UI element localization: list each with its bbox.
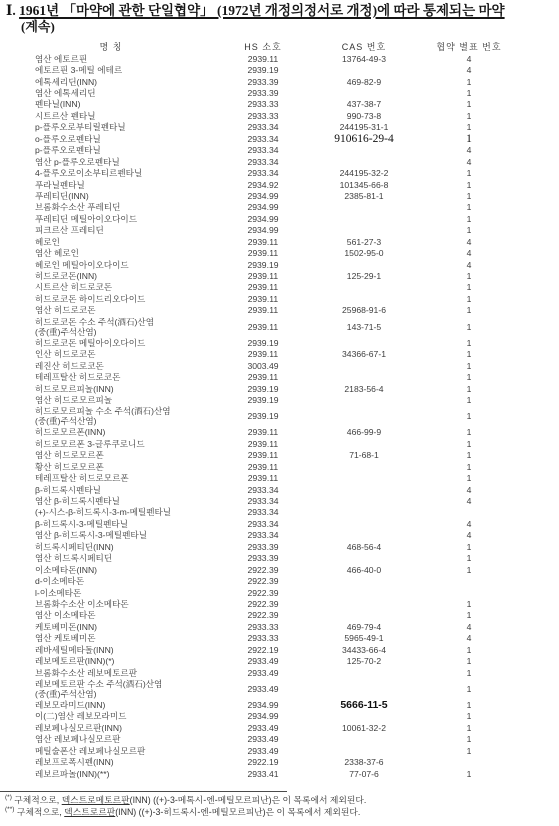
schedule-number: 1 bbox=[424, 746, 514, 756]
table-row: 피크르산 프레티딘 2934.99 1 bbox=[0, 225, 559, 236]
cas-number: 1502-95-0 bbox=[304, 248, 424, 258]
drug-name: 히드로모르피놀 수소 주석(酒石)산염 (중(重)주석산염) bbox=[0, 406, 222, 426]
hs-code: 2933.39 bbox=[222, 553, 304, 563]
schedule-number: 1 bbox=[424, 305, 514, 315]
table-row: 펜타닐(INN) 2933.33 437-38-7 1 bbox=[0, 99, 559, 110]
table-row: 테레프탈산 히드로모르폰 2939.11 1 bbox=[0, 472, 559, 483]
drug-name: p-플루오로펜타닐 bbox=[0, 145, 222, 155]
hs-code: 2939.11 bbox=[222, 248, 304, 258]
table-row: 히드로모르피놀 수소 주석(酒石)산염 (중(重)주석산염) 2939.19 1 bbox=[0, 406, 559, 427]
hs-code: 2939.11 bbox=[222, 282, 304, 292]
document-page: Ⅰ. 1961년 「마약에 관한 단일협약」 (1972년 개정의정서로 개정)… bbox=[0, 0, 559, 826]
hs-code: 2939.11 bbox=[222, 305, 304, 315]
table-header-row: 명 칭 HS 소호 CAS 번호 협약 별표 번호 bbox=[0, 39, 559, 53]
table-row: 레보프로폭시펜(INN) 2922.19 2338-37-6 bbox=[0, 757, 559, 768]
table-row: 염산 에톡세리딘 2933.39 1 bbox=[0, 87, 559, 98]
hs-code: 2934.99 bbox=[222, 225, 304, 235]
cas-number: 2183-56-4 bbox=[304, 384, 424, 394]
col-header-name: 명 칭 bbox=[0, 40, 222, 53]
hs-code: 2933.49 bbox=[222, 668, 304, 678]
schedule-number: 4 bbox=[424, 496, 514, 506]
footnote-1-pre: 구체적으로, bbox=[12, 795, 62, 805]
footnote-1-post: (INN) ((+)-3-메톡시-엔-메틸모르피난)은 이 목록에서 제외된다. bbox=[130, 795, 367, 805]
schedule-number: 1 bbox=[424, 769, 514, 779]
drug-name: l-이소메타돈 bbox=[0, 588, 222, 598]
table-row: 레보페나실모르판(INN) 2933.49 10061-32-2 1 bbox=[0, 722, 559, 733]
cas-number: 25968-91-6 bbox=[304, 305, 424, 315]
hs-code: 2933.34 bbox=[222, 530, 304, 540]
drug-name: 염산 이소메타돈 bbox=[0, 610, 222, 620]
hs-code: 2933.41 bbox=[222, 769, 304, 779]
hs-code: 2933.39 bbox=[222, 77, 304, 87]
drug-name: 히드로코돈 수소 주석(酒石)산염 (중(重)주석산염) bbox=[0, 317, 222, 337]
footnote-2-post: (INN) ((+)-3-히드록시-엔-메틸모르피난)은 이 목록에서 제외된다… bbox=[115, 807, 360, 817]
schedule-number: 4 bbox=[424, 260, 514, 270]
hs-code: 2933.33 bbox=[222, 99, 304, 109]
drug-name: 염산 히드로모르피놀 bbox=[0, 395, 222, 405]
table-row: 염산 β-히드록시-3-메틸펜타닐 2933.34 4 bbox=[0, 530, 559, 541]
footnote-2-drug: 덱스트로르판 bbox=[64, 807, 115, 817]
drug-name: 염산 레보페나실모르판 bbox=[0, 734, 222, 744]
drug-name: 테레프탈산 히드로모르폰 bbox=[0, 473, 222, 483]
schedule-number: 4 bbox=[424, 145, 514, 155]
table-row: 에토르핀 3-메틸 에테르 2939.19 4 bbox=[0, 64, 559, 75]
table-row: 레보모라미드(INN) 2934.99 5666-11-5 1 bbox=[0, 699, 559, 710]
schedule-number: 4 bbox=[424, 633, 514, 643]
schedule-number: 1 bbox=[424, 77, 514, 87]
hs-code: 2939.19 bbox=[222, 65, 304, 75]
table-row: 히드로코돈(INN) 2939.11 125-29-1 1 bbox=[0, 270, 559, 281]
narcotics-table: 명 칭 HS 소호 CAS 번호 협약 별표 번호 염산 에토르핀 2939.1… bbox=[0, 39, 559, 779]
drug-name: 히드로모르폰 3-글루쿠로니드 bbox=[0, 439, 222, 449]
table-row: 염산 β-히드록시펜타닐 2933.34 4 bbox=[0, 495, 559, 506]
hs-code: 2939.11 bbox=[222, 322, 304, 332]
footnote-area: (*) 구체적으로, 덱스트로메토르판(INN) ((+)-3-메톡시-엔-메틸… bbox=[0, 791, 559, 818]
cas-number: 2338-37-6 bbox=[304, 757, 424, 767]
hs-code: 2939.19 bbox=[222, 384, 304, 394]
footnote-2: (**) 구체적으로, 덱스트로르판(INN) ((+)-3-히드록시-엔-메틸… bbox=[0, 807, 559, 819]
drug-name: 에토르핀 3-메틸 에테르 bbox=[0, 65, 222, 75]
drug-name: 브롬화수소산 이소메타돈 bbox=[0, 599, 222, 609]
table-row: 히드로코돈 수소 주석(酒石)산염 (중(重)주석산염) 2939.11 143… bbox=[0, 316, 559, 337]
hs-code: 2922.39 bbox=[222, 610, 304, 620]
table-row: 히드로모르폰(INN) 2939.11 466-99-9 1 bbox=[0, 427, 559, 438]
table-row: 브롬화수소산 이소메타돈 2922.39 1 bbox=[0, 598, 559, 609]
hs-code: 2934.99 bbox=[222, 700, 304, 710]
schedule-number: 1 bbox=[424, 168, 514, 178]
drug-name: 염산 에톡세리딘 bbox=[0, 88, 222, 98]
drug-name: 레보페나실모르판(INN) bbox=[0, 723, 222, 733]
hs-code: 2939.11 bbox=[222, 473, 304, 483]
drug-name: 염산 히드로모르폰 bbox=[0, 450, 222, 460]
schedule-number: 1 bbox=[424, 711, 514, 721]
drug-name: 염산 에토르핀 bbox=[0, 54, 222, 64]
hs-code: 2939.11 bbox=[222, 450, 304, 460]
schedule-number: 1 bbox=[424, 361, 514, 371]
drug-name: 메틸술폰산 레보페나실모르판 bbox=[0, 746, 222, 756]
schedule-number: 1 bbox=[424, 349, 514, 359]
drug-name: 레보메토르판 수소 주석(酒石)산염 (중(重)주석산염) bbox=[0, 679, 222, 699]
table-row: 염산 히드로코돈 2939.11 25968-91-6 1 bbox=[0, 305, 559, 316]
drug-name: 이소메타돈(INN) bbox=[0, 565, 222, 575]
table-row: 헤로인 2939.11 561-27-3 4 bbox=[0, 236, 559, 247]
drug-name: β-히드록시-3-메틸펜타닐 bbox=[0, 519, 222, 529]
hs-code: 2939.19 bbox=[222, 411, 304, 421]
drug-name: (+)-시스-β-히드록시-3-m-메틸펜타닐 bbox=[0, 507, 222, 517]
hs-code: 2933.33 bbox=[222, 633, 304, 643]
hs-code: 2939.11 bbox=[222, 349, 304, 359]
hs-code: 2933.34 bbox=[222, 122, 304, 132]
schedule-number: 1 bbox=[424, 668, 514, 678]
hs-code: 2934.99 bbox=[222, 191, 304, 201]
schedule-number: 1 bbox=[424, 294, 514, 304]
footnote-1-marker: (*) bbox=[5, 794, 12, 801]
hs-code: 3003.49 bbox=[222, 361, 304, 371]
table-row: p-플루오로펜타닐 2933.34 4 bbox=[0, 145, 559, 156]
schedule-number: 4 bbox=[424, 622, 514, 632]
drug-name: 헤로인 메틸아이오다이드 bbox=[0, 260, 222, 270]
hs-code: 2934.99 bbox=[222, 214, 304, 224]
table-row: 브롬화수소산 레보메토르판 2933.49 1 bbox=[0, 667, 559, 678]
drug-name: 브롬화수소산 레보메토르판 bbox=[0, 668, 222, 678]
cas-number: 125-29-1 bbox=[304, 271, 424, 281]
table-row: 레바세틸메타돌(INN) 2922.19 34433-66-4 1 bbox=[0, 644, 559, 655]
drug-name: 이(二)염산 레보모라미드 bbox=[0, 711, 222, 721]
table-row: 케토베미돈(INN) 2933.33 469-79-4 4 bbox=[0, 621, 559, 632]
table-row: o-플루오로펜타닐 2933.34 910616-29-4 1 bbox=[0, 133, 559, 144]
table-row: 염산 이소메타돈 2922.39 1 bbox=[0, 610, 559, 621]
cas-number: 101345-66-8 bbox=[304, 180, 424, 190]
cas-number: 466-40-0 bbox=[304, 565, 424, 575]
hs-code: 2934.99 bbox=[222, 202, 304, 212]
schedule-number: 1 bbox=[424, 473, 514, 483]
cas-number: 561-27-3 bbox=[304, 237, 424, 247]
table-row: 4-플루오로이소부티르펜타닐 2933.34 244195-32-2 1 bbox=[0, 167, 559, 178]
table-row: β-히드록시-3-메틸펜타닐 2933.34 4 bbox=[0, 518, 559, 529]
table-row: 히드로모르폰 3-글루쿠로니드 2939.11 1 bbox=[0, 438, 559, 449]
hs-code: 2933.49 bbox=[222, 734, 304, 744]
cas-number: 910616-29-4 bbox=[304, 133, 424, 145]
hs-code: 2939.19 bbox=[222, 395, 304, 405]
hs-code: 2933.34 bbox=[222, 519, 304, 529]
schedule-number: 1 bbox=[424, 542, 514, 552]
table-row: d-이소메타돈 2922.39 bbox=[0, 575, 559, 586]
col-header-hs: HS 소호 bbox=[222, 40, 304, 53]
drug-name: 히드로모르폰(INN) bbox=[0, 427, 222, 437]
cas-number: 990-73-8 bbox=[304, 111, 424, 121]
schedule-number: 1 bbox=[424, 191, 514, 201]
cas-number: 125-70-2 bbox=[304, 656, 424, 666]
table-row: 메틸술폰산 레보페나실모르판 2933.49 1 bbox=[0, 745, 559, 756]
table-row: 레보메토르판(INN)(*) 2933.49 125-70-2 1 bbox=[0, 655, 559, 666]
drug-name: o-플루오로펜타닐 bbox=[0, 134, 222, 144]
cas-number: 5965-49-1 bbox=[304, 633, 424, 643]
schedule-number: 1 bbox=[424, 723, 514, 733]
drug-name: 4-플루오로이소부티르펜타닐 bbox=[0, 168, 222, 178]
table-row: 염산 헤로인 2939.11 1502-95-0 4 bbox=[0, 247, 559, 258]
schedule-number: 4 bbox=[424, 485, 514, 495]
cas-number: 469-79-4 bbox=[304, 622, 424, 632]
drug-name: 히드로코돈(INN) bbox=[0, 271, 222, 281]
schedule-number: 1 bbox=[424, 734, 514, 744]
table-row: (+)-시스-β-히드록시-3-m-메틸펜타닐 2933.34 bbox=[0, 507, 559, 518]
page-title: Ⅰ. 1961년 「마약에 관한 단일협약」 (1972년 개정의정서로 개정)… bbox=[0, 3, 559, 19]
drug-name: 레진산 히드로코돈 bbox=[0, 361, 222, 371]
hs-code: 2939.11 bbox=[222, 54, 304, 64]
table-row: 레보르파놀(INN)(**) 2933.41 77-07-6 1 bbox=[0, 768, 559, 779]
schedule-number: 1 bbox=[424, 610, 514, 620]
drug-name: 염산 β-히드록시펜타닐 bbox=[0, 496, 222, 506]
table-row: 시트르산 펜타닐 2933.33 990-73-8 1 bbox=[0, 110, 559, 121]
cas-number: 466-99-9 bbox=[304, 427, 424, 437]
cas-number: 34433-66-4 bbox=[304, 645, 424, 655]
cas-number: 2385-81-1 bbox=[304, 191, 424, 201]
drug-name: 황산 히드로모르폰 bbox=[0, 462, 222, 472]
drug-name: 푸레티딘 메틸아이오다이드 bbox=[0, 214, 222, 224]
drug-name: d-이소메타돈 bbox=[0, 576, 222, 586]
hs-code: 2933.34 bbox=[222, 168, 304, 178]
cas-number: 34366-67-1 bbox=[304, 349, 424, 359]
drug-name: 인산 히드로코돈 bbox=[0, 349, 222, 359]
hs-code: 2933.33 bbox=[222, 622, 304, 632]
table-row: 염산 히드로모르폰 2939.11 71-68-1 1 bbox=[0, 450, 559, 461]
drug-name: 레보메토르판(INN)(*) bbox=[0, 656, 222, 666]
title-continued: (계속) bbox=[0, 19, 559, 34]
hs-code: 2933.34 bbox=[222, 157, 304, 167]
footnote-1: (*) 구체적으로, 덱스트로메토르판(INN) ((+)-3-메톡시-엔-메틸… bbox=[0, 795, 559, 807]
hs-code: 2933.39 bbox=[222, 542, 304, 552]
hs-code: 2939.11 bbox=[222, 462, 304, 472]
drug-name: 시트르산 히드로코돈 bbox=[0, 282, 222, 292]
schedule-number: 1 bbox=[424, 338, 514, 348]
hs-code: 2939.19 bbox=[222, 338, 304, 348]
cas-number: 13764-49-3 bbox=[304, 54, 424, 64]
table-row: 이(二)염산 레보모라미드 2934.99 1 bbox=[0, 711, 559, 722]
drug-name: 푸라닐펜타닐 bbox=[0, 180, 222, 190]
drug-name: 염산 히드록시페티딘 bbox=[0, 553, 222, 563]
schedule-number: 1 bbox=[424, 88, 514, 98]
hs-code: 2939.11 bbox=[222, 372, 304, 382]
cas-number: 71-68-1 bbox=[304, 450, 424, 460]
hs-code: 2933.34 bbox=[222, 507, 304, 517]
drug-name: p-플루오로부티릴펜타닐 bbox=[0, 122, 222, 132]
table-row: 염산 히드록시페티딘 2933.39 1 bbox=[0, 553, 559, 564]
schedule-number: 1 bbox=[424, 599, 514, 609]
schedule-number: 1 bbox=[424, 99, 514, 109]
hs-code: 2922.19 bbox=[222, 645, 304, 655]
hs-code: 2933.49 bbox=[222, 746, 304, 756]
table-row: 염산 케토베미돈 2933.33 5965-49-1 4 bbox=[0, 633, 559, 644]
table-row: 염산 레보페나실모르판 2933.49 1 bbox=[0, 734, 559, 745]
hs-code: 2933.33 bbox=[222, 111, 304, 121]
footnote-1-drug: 덱스트로메토르판 bbox=[62, 795, 130, 805]
table-row: 레진산 히드로코돈 3003.49 1 bbox=[0, 360, 559, 371]
schedule-number: 1 bbox=[424, 684, 514, 694]
drug-name: 히드록시페티딘(INN) bbox=[0, 542, 222, 552]
schedule-number: 1 bbox=[424, 700, 514, 710]
hs-code: 2933.39 bbox=[222, 88, 304, 98]
hs-code: 2933.34 bbox=[222, 496, 304, 506]
hs-code: 2939.11 bbox=[222, 439, 304, 449]
hs-code: 2922.39 bbox=[222, 588, 304, 598]
drug-name: 에톡세리딘(INN) bbox=[0, 77, 222, 87]
table-row: 히드로코돈 하이드리오다이드 2939.11 1 bbox=[0, 293, 559, 304]
schedule-number: 1 bbox=[424, 439, 514, 449]
hs-code: 2939.11 bbox=[222, 271, 304, 281]
hs-code: 2933.34 bbox=[222, 134, 304, 144]
schedule-number: 1 bbox=[424, 553, 514, 563]
table-row: 염산 히드로모르피놀 2939.19 1 bbox=[0, 394, 559, 405]
hs-code: 2933.49 bbox=[222, 723, 304, 733]
footnote-separator bbox=[0, 791, 287, 792]
schedule-number: 1 bbox=[424, 322, 514, 332]
hs-code: 2933.34 bbox=[222, 145, 304, 155]
drug-name: β-히드록시펜타닐 bbox=[0, 485, 222, 495]
table-row: l-이소메타돈 2922.39 bbox=[0, 587, 559, 598]
table-row: 시트르산 히드로코돈 2939.11 1 bbox=[0, 282, 559, 293]
footnote-2-pre: 구체적으로, bbox=[14, 807, 64, 817]
schedule-number: 1 bbox=[424, 133, 514, 145]
schedule-number: 1 bbox=[424, 411, 514, 421]
hs-code: 2933.49 bbox=[222, 684, 304, 694]
cas-number: 5666-11-5 bbox=[304, 699, 424, 711]
drug-name: 케토베미돈(INN) bbox=[0, 622, 222, 632]
schedule-number: 1 bbox=[424, 645, 514, 655]
schedule-number: 4 bbox=[424, 519, 514, 529]
table-row: 황산 히드로모르폰 2939.11 1 bbox=[0, 461, 559, 472]
cas-number: 77-07-6 bbox=[304, 769, 424, 779]
drug-name: 레보르파놀(INN)(**) bbox=[0, 769, 222, 779]
hs-code: 2934.92 bbox=[222, 180, 304, 190]
cas-number: 468-56-4 bbox=[304, 542, 424, 552]
drug-name: 히드로코돈 메틸아이오다이드 bbox=[0, 338, 222, 348]
cas-number: 143-71-5 bbox=[304, 322, 424, 332]
drug-name: 염산 히드로코돈 bbox=[0, 305, 222, 315]
table-row: 에톡세리딘(INN) 2933.39 469-82-9 1 bbox=[0, 76, 559, 87]
table-row: 푸레티딘(INN) 2934.99 2385-81-1 1 bbox=[0, 190, 559, 201]
schedule-number: 1 bbox=[424, 565, 514, 575]
hs-code: 2922.39 bbox=[222, 576, 304, 586]
drug-name: 염산 p-플루오로펜타닐 bbox=[0, 157, 222, 167]
footnote-2-marker: (**) bbox=[5, 806, 14, 813]
table-row: 헤로인 메틸아이오다이드 2939.19 4 bbox=[0, 259, 559, 270]
schedule-number: 1 bbox=[424, 111, 514, 121]
table-row: 테레프탈산 히드로코돈 2939.11 1 bbox=[0, 371, 559, 382]
hs-code: 2933.34 bbox=[222, 485, 304, 495]
cas-number: 244195-32-2 bbox=[304, 168, 424, 178]
schedule-number: 1 bbox=[424, 202, 514, 212]
col-header-schedule: 협약 별표 번호 bbox=[424, 40, 514, 53]
drug-name: 레보모라미드(INN) bbox=[0, 700, 222, 710]
schedule-number: 1 bbox=[424, 180, 514, 190]
table-body: 염산 에토르핀 2939.11 13764-49-3 4 에토르핀 3-메틸 에… bbox=[0, 53, 559, 779]
drug-name: 염산 케토베미돈 bbox=[0, 633, 222, 643]
schedule-number: 4 bbox=[424, 54, 514, 64]
schedule-number: 1 bbox=[424, 462, 514, 472]
section-numeral: Ⅰ. bbox=[6, 3, 16, 18]
schedule-number: 1 bbox=[424, 384, 514, 394]
drug-name: 피크르산 프레티딘 bbox=[0, 225, 222, 235]
table-row: 히드로모르피놀(INN) 2939.19 2183-56-4 1 bbox=[0, 383, 559, 394]
table-row: β-히드록시펜타닐 2933.34 4 bbox=[0, 484, 559, 495]
table-row: p-플루오로부티릴펜타닐 2933.34 244195-31-1 1 bbox=[0, 122, 559, 133]
drug-name: 레보프로폭시펜(INN) bbox=[0, 757, 222, 767]
table-row: 레보메토르판 수소 주석(酒石)산염 (중(重)주석산염) 2933.49 1 bbox=[0, 678, 559, 699]
drug-name: 테레프탈산 히드로코돈 bbox=[0, 372, 222, 382]
section-title: 1961년 「마약에 관한 단일협약」 (1972년 개정의정서로 개정)에 따… bbox=[19, 3, 505, 18]
drug-name: 브롬화수소산 푸레티딘 bbox=[0, 202, 222, 212]
hs-code: 2934.99 bbox=[222, 711, 304, 721]
table-row: 브롬화수소산 푸레티딘 2934.99 1 bbox=[0, 202, 559, 213]
table-row: 이소메타돈(INN) 2922.39 466-40-0 1 bbox=[0, 564, 559, 575]
hs-code: 2922.19 bbox=[222, 757, 304, 767]
hs-code: 2939.11 bbox=[222, 294, 304, 304]
drug-name: 염산 헤로인 bbox=[0, 248, 222, 258]
drug-name: 푸레티딘(INN) bbox=[0, 191, 222, 201]
hs-code: 2939.11 bbox=[222, 427, 304, 437]
drug-name: 헤로인 bbox=[0, 237, 222, 247]
drug-name: 히드로모르피놀(INN) bbox=[0, 384, 222, 394]
schedule-number: 1 bbox=[424, 225, 514, 235]
schedule-number: 4 bbox=[424, 530, 514, 540]
table-row: 염산 p-플루오로펜타닐 2933.34 4 bbox=[0, 156, 559, 167]
drug-name: 레바세틸메타돌(INN) bbox=[0, 645, 222, 655]
hs-code: 2939.11 bbox=[222, 237, 304, 247]
hs-code: 2939.19 bbox=[222, 260, 304, 270]
table-row: 히드록시페티딘(INN) 2933.39 468-56-4 1 bbox=[0, 541, 559, 552]
table-row: 푸라닐펜타닐 2934.92 101345-66-8 1 bbox=[0, 179, 559, 190]
table-row: 인산 히드로코돈 2939.11 34366-67-1 1 bbox=[0, 349, 559, 360]
schedule-number: 1 bbox=[424, 372, 514, 382]
hs-code: 2933.49 bbox=[222, 656, 304, 666]
schedule-number: 1 bbox=[424, 122, 514, 132]
schedule-number: 1 bbox=[424, 214, 514, 224]
drug-name: 펜타닐(INN) bbox=[0, 99, 222, 109]
schedule-number: 4 bbox=[424, 248, 514, 258]
drug-name: 시트르산 펜타닐 bbox=[0, 111, 222, 121]
schedule-number: 4 bbox=[424, 237, 514, 247]
cas-number: 469-82-9 bbox=[304, 77, 424, 87]
schedule-number: 1 bbox=[424, 656, 514, 666]
schedule-number: 4 bbox=[424, 157, 514, 167]
table-row: 히드로코돈 메틸아이오다이드 2939.19 1 bbox=[0, 337, 559, 348]
hs-code: 2922.39 bbox=[222, 565, 304, 575]
table-row: 푸레티딘 메틸아이오다이드 2934.99 1 bbox=[0, 213, 559, 224]
schedule-number: 1 bbox=[424, 450, 514, 460]
col-header-cas: CAS 번호 bbox=[304, 40, 424, 53]
hs-code: 2922.39 bbox=[222, 599, 304, 609]
schedule-number: 1 bbox=[424, 271, 514, 281]
drug-name: 히드로코돈 하이드리오다이드 bbox=[0, 294, 222, 304]
schedule-number: 1 bbox=[424, 282, 514, 292]
table-row: 염산 에토르핀 2939.11 13764-49-3 4 bbox=[0, 53, 559, 64]
cas-number: 437-38-7 bbox=[304, 99, 424, 109]
drug-name: 염산 β-히드록시-3-메틸펜타닐 bbox=[0, 530, 222, 540]
cas-number: 10061-32-2 bbox=[304, 723, 424, 733]
schedule-number: 4 bbox=[424, 65, 514, 75]
cas-number: 244195-31-1 bbox=[304, 122, 424, 132]
schedule-number: 1 bbox=[424, 427, 514, 437]
schedule-number: 1 bbox=[424, 395, 514, 405]
